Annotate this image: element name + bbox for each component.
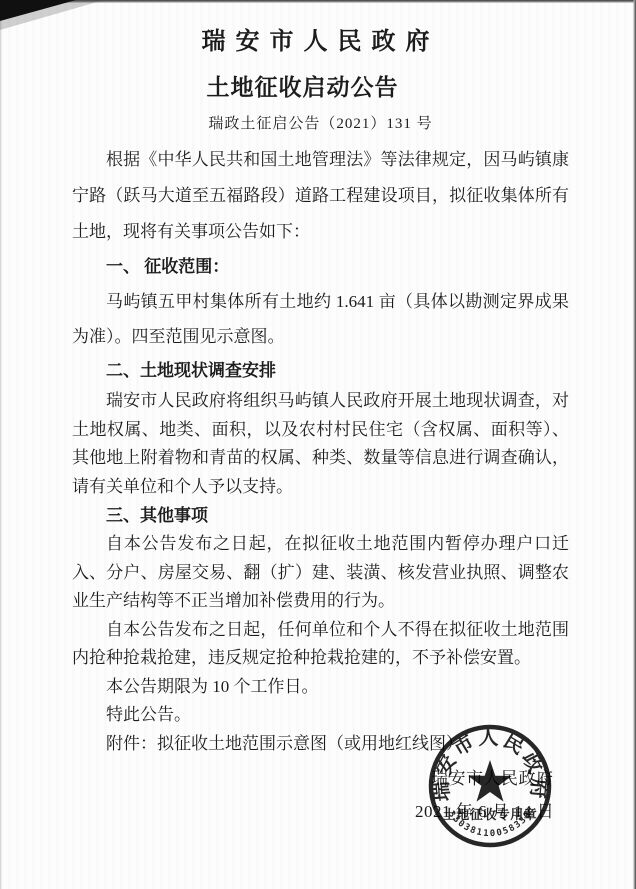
- doc-title: 土地征收启动公告: [54, 72, 551, 104]
- doc-number: 瑞政土征启公告（2021）131 号: [72, 114, 569, 134]
- scanned-document-page: 瑞安市人民政府 土地征收启动公告 瑞政土征启公告（2021）131 号 根据《中…: [0, 0, 636, 889]
- section-1-paragraph: 马屿镇五甲村集体所有土地约 1.641 亩（具体以勘测定界成果为准）。四至范围见…: [72, 284, 569, 354]
- notice-period-line: 本公告期限为 10 个工作日。: [72, 673, 569, 702]
- scan-edge-left: [0, 0, 2, 889]
- scan-corner-artifact: [0, 0, 110, 34]
- section-3-paragraph-1: 自本公告发布之日起，在拟征收土地范围内暂停办理户口迁入、分户、房屋交易、翻（扩）…: [72, 530, 569, 616]
- section-2-heading: 二、土地现状调查安排: [72, 354, 569, 387]
- section-3-heading: 三、其他事项: [72, 501, 569, 530]
- document-body: 瑞安市人民政府 土地征收启动公告 瑞政土征启公告（2021）131 号 根据《中…: [72, 26, 569, 758]
- org-title: 瑞安市人民政府: [72, 26, 569, 58]
- section-2-paragraph: 瑞安市人民政府将组织马屿镇人民政府开展土地现状调查，对土地权属、地类、面积，以及…: [72, 387, 569, 501]
- intro-paragraph: 根据《中华人民共和国土地管理法》等法律规定，因马屿镇康宁路（跃马大道至五福路段）…: [72, 142, 569, 250]
- star-icon: [468, 760, 512, 802]
- section-3-paragraph-2: 自本公告发布之日起，任何单位和个人不得在拟征收土地范围内抢种抢栽抢建，违反规定抢…: [72, 616, 569, 673]
- official-seal: 瑞安市人民政府 土地征收专用章 33038110058330: [427, 723, 553, 849]
- section-1-heading: 一、 征收范围：: [72, 250, 569, 284]
